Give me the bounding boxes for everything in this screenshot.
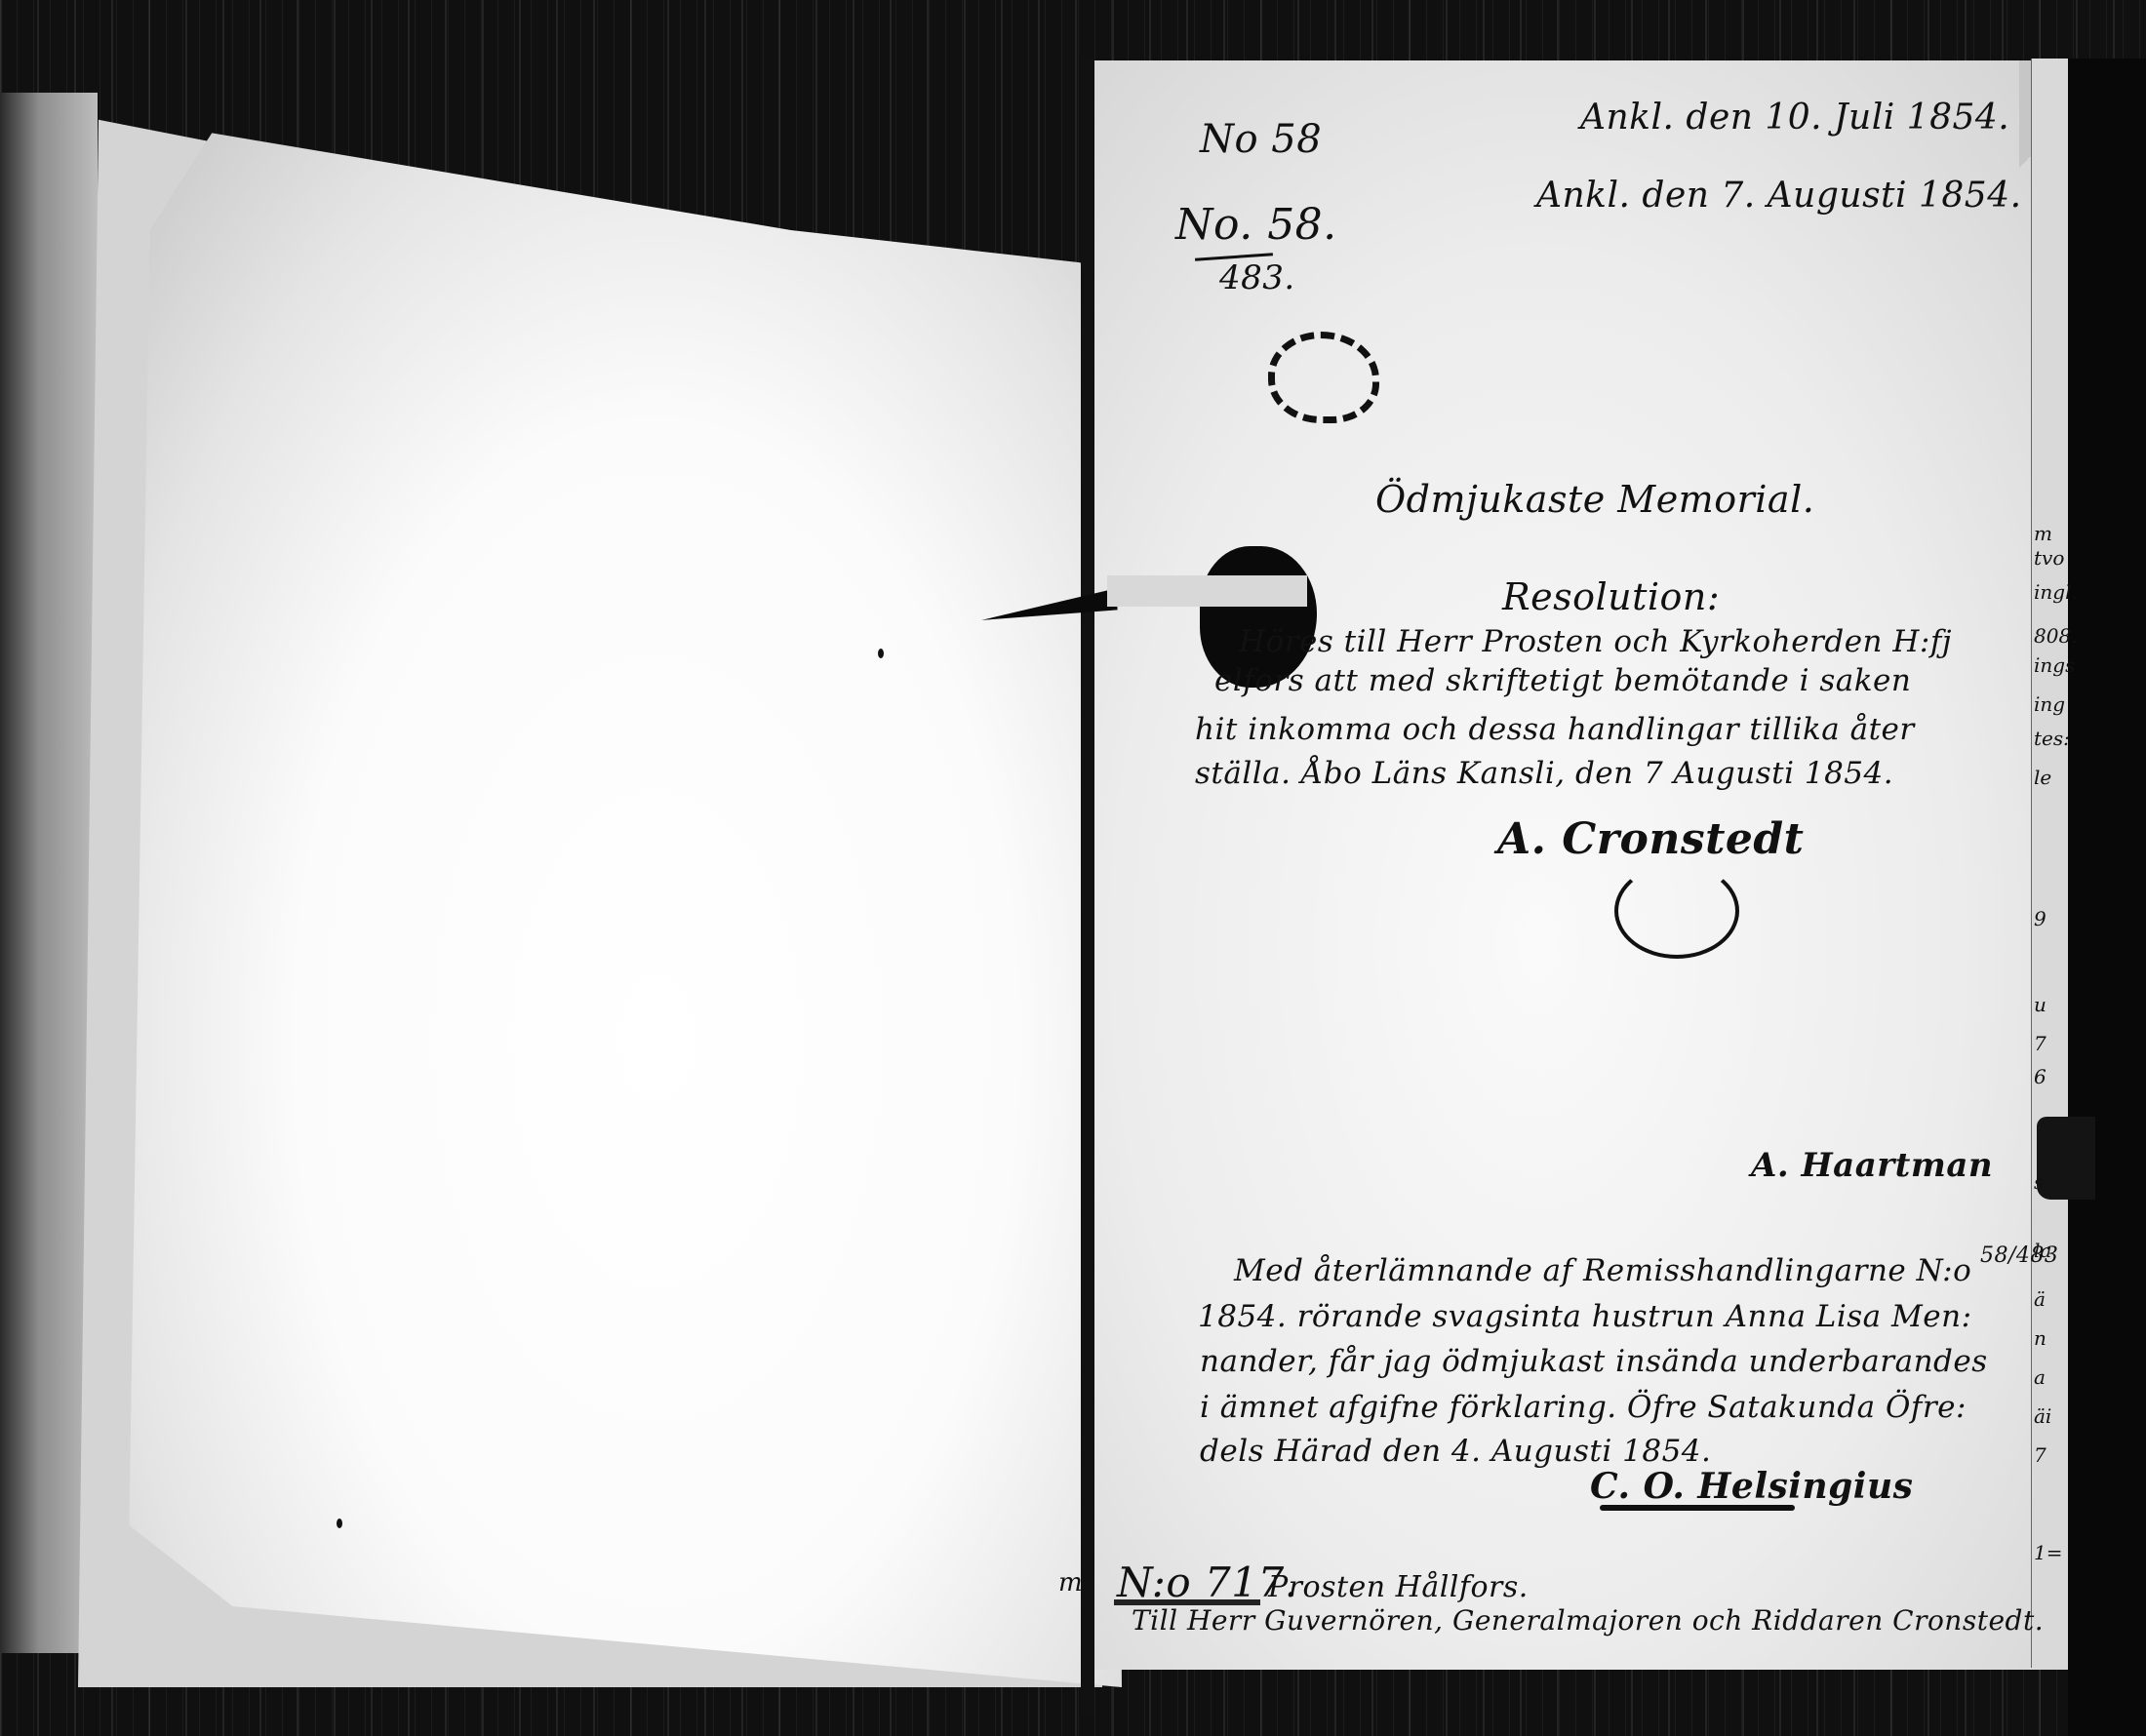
signature-helsingius: C. O. Helsingius	[1590, 1466, 1913, 1507]
seal-paper-band	[1107, 575, 1307, 607]
margin-fragment: a	[2034, 1365, 2046, 1389]
margin-fragment: m	[2034, 522, 2052, 545]
resolution-line: Höres till Herr Prosten och Kyrkoherden …	[1239, 624, 1952, 659]
submission-line: 1854. rörande svagsinta hustrun Anna Lis…	[1198, 1299, 1972, 1334]
signature-cronstedt: A. Cronstedt	[1497, 814, 1805, 864]
submission-line: nander, får jag ödmjukast insända underb…	[1200, 1344, 1988, 1379]
arrival-date-1: Ankl. den 10. Juli 1854.	[1580, 98, 2009, 138]
submission-line: dels Härad den 4. Augusti 1854.	[1200, 1434, 1711, 1469]
margin-fragment: 1=	[2034, 1541, 2062, 1564]
book-spine	[1081, 59, 1094, 1716]
register-addressee: Till Herr Guvernören, Generalmajoren och…	[1132, 1604, 2044, 1637]
margin-fragment: 7	[2034, 1032, 2047, 1055]
right-page	[1094, 60, 2080, 1670]
submission-line: i ämnet afgifne förklaring. Öfre Satakun…	[1200, 1390, 1967, 1425]
resolution-line: elfors att med skriftetigt bemötande i s…	[1214, 663, 1911, 698]
margin-fragment: u	[2034, 993, 2047, 1016]
ink-speck	[878, 649, 884, 658]
resolution-line: ställa. Åbo Läns Kansli, den 7 Augusti 1…	[1195, 756, 1893, 791]
binding-clip	[2037, 1117, 2095, 1200]
margin-fragment: s	[2034, 1170, 2044, 1194]
margin-fragment: ingl.	[2034, 580, 2078, 604]
resolution-line: hit inkomma och dessa handlingar tillika…	[1195, 712, 1915, 747]
file-number-top: No 58	[1200, 117, 1322, 162]
left-page-blank	[88, 68, 1122, 1687]
margin-fragment: n	[2034, 1326, 2047, 1350]
fraction-numerator: 58	[1980, 1243, 2008, 1268]
case-number-numerator: No. 58.	[1175, 200, 1337, 250]
signature-haartman: A. Haartman	[1751, 1146, 1993, 1185]
margin-fragment: äi	[2034, 1404, 2051, 1428]
margin-fragment: 6	[2034, 1065, 2047, 1088]
margin-fragment: tes:	[2034, 727, 2070, 750]
margin-fragment: tvo	[2034, 546, 2064, 570]
arrival-date-2: Ankl. den 7. Augusti 1854.	[1536, 176, 2022, 216]
margin-fragment: 7	[2034, 1443, 2047, 1467]
ink-speck	[337, 1519, 342, 1528]
case-number: No. 58. 483.	[1175, 200, 1337, 297]
resolution-heading: Resolution:	[1502, 575, 1720, 618]
margin-fragment: ing	[2034, 692, 2065, 716]
submission-line: Med återlämnande af Remisshandlingarne N…	[1234, 1253, 1971, 1288]
margin-fragment: 808.	[2034, 624, 2078, 648]
seal-cord-icon	[1268, 332, 1379, 423]
document-title: Ödmjukaste Memorial.	[1375, 478, 1814, 521]
margin-fragment: la	[2034, 1239, 2051, 1262]
margin-fragment: ings	[2034, 653, 2075, 677]
register-place: Prosten Hållfors.	[1268, 1570, 1529, 1604]
case-number-denominator: 483.	[1219, 258, 1337, 297]
margin-fragment: le	[2034, 766, 2051, 789]
signature-underline	[1600, 1505, 1795, 1511]
scanner-edge-right	[2068, 59, 2146, 1736]
signature-flourish	[1614, 863, 1739, 959]
margin-fragment: 9	[2034, 907, 2047, 930]
margin-fragment: ä	[2034, 1287, 2046, 1311]
left-margin-fragment: m	[1058, 1568, 1083, 1598]
